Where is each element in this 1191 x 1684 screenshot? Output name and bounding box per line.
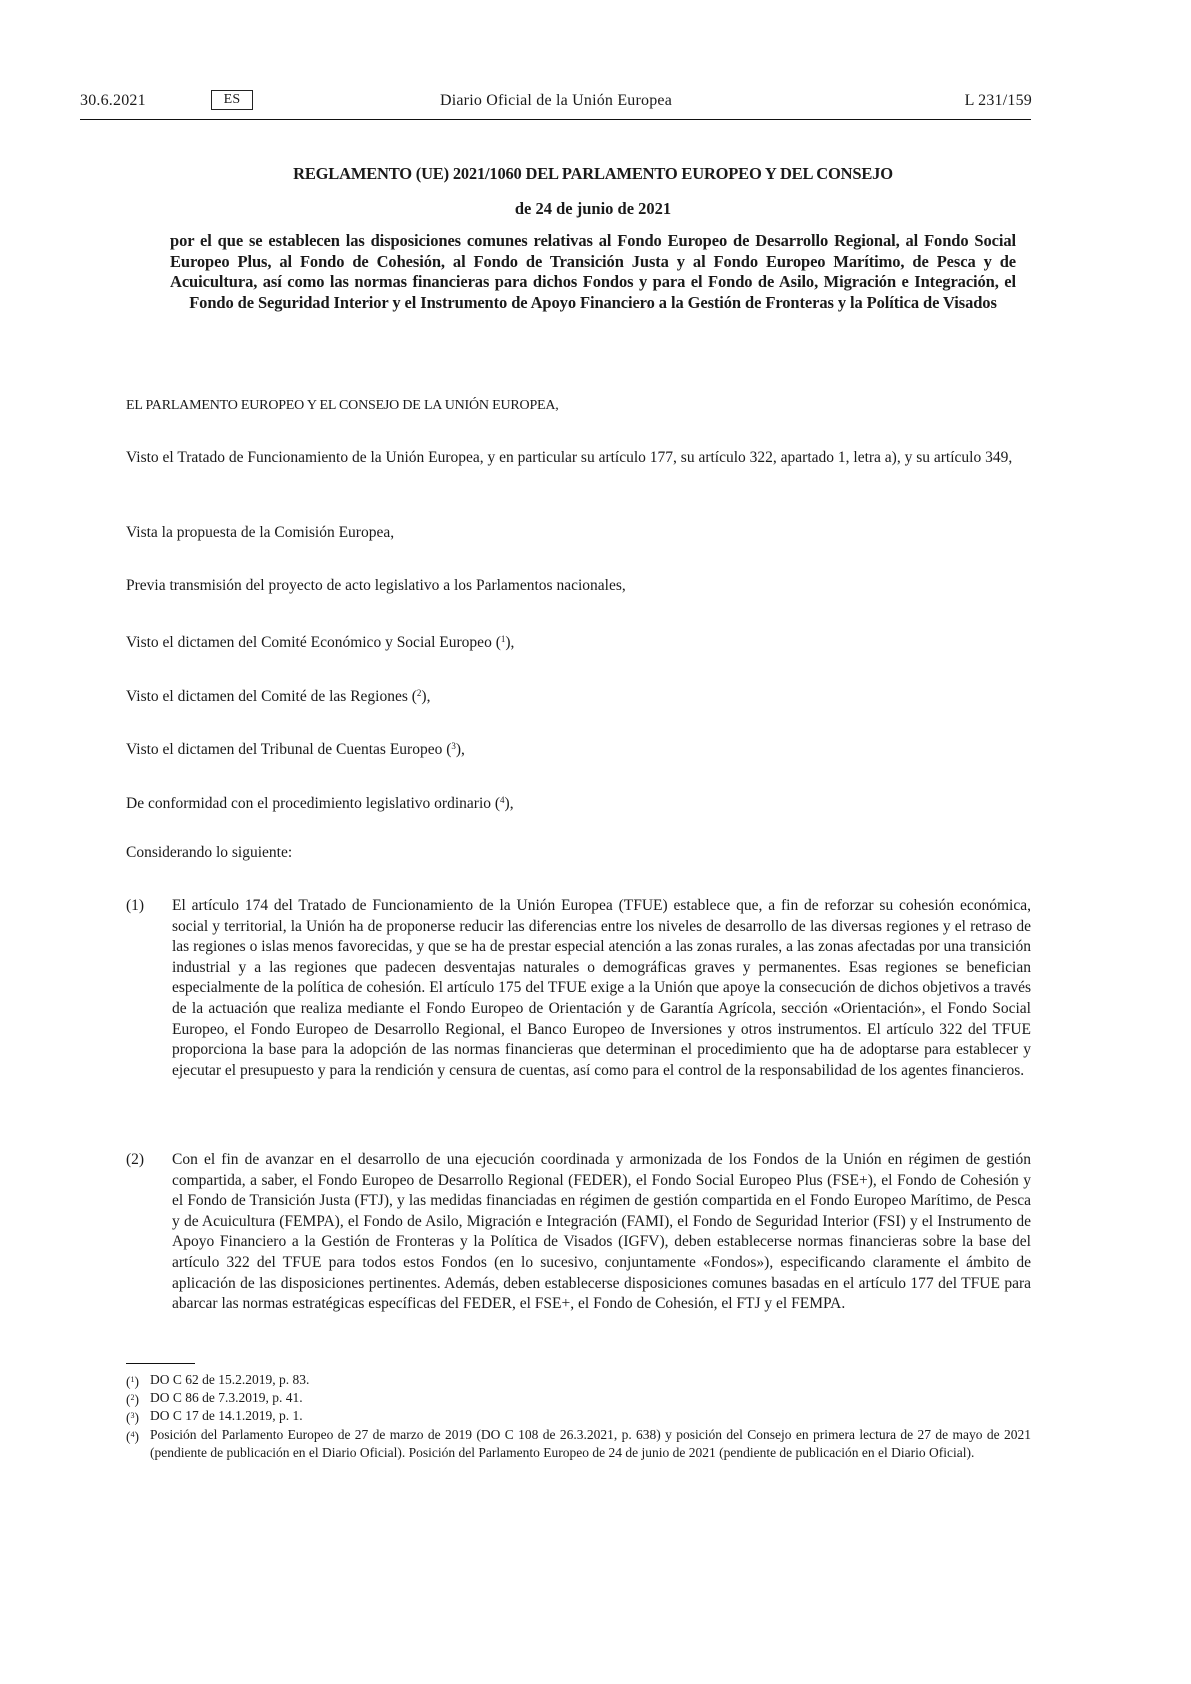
recital-number: (1) [126,896,144,917]
enacting-authors: EL PARLAMENTO EUROPEO Y EL CONSEJO DE LA… [126,396,1031,417]
citation-punct: ), [505,634,514,651]
footnote-text: DO C 86 de 7.3.2019, p. 41. [150,1389,1031,1407]
footnote-text: DO C 62 de 15.2.2019, p. 83. [150,1371,1031,1389]
citation-cor-opinion: Visto el dictamen del Comité de las Regi… [126,683,1031,708]
citation-text: Visto el dictamen del Comité Económico y… [126,634,501,651]
regulation-date: de 24 de junio de 2021 [170,199,1016,219]
regulation-title: REGLAMENTO (UE) 2021/1060 DEL PARLAMENTO… [170,164,1016,184]
footnote-4: (4) Posición del Parlamento Europeo de 2… [126,1426,1031,1462]
footnote-2: (2) DO C 86 de 7.3.2019, p. 41. [126,1389,1031,1407]
footnote-3: (3) DO C 17 de 14.1.2019, p. 1. [126,1407,1031,1425]
citation-punct: ), [505,795,514,812]
page-reference: L 231/159 [965,92,1032,110]
regulation-title-block: REGLAMENTO (UE) 2021/1060 DEL PARLAMENTO… [170,164,1016,313]
citation-punct: ), [456,741,465,758]
citation-treaty: Visto el Tratado de Funcionamiento de la… [126,448,1031,469]
regulation-subject: por el que se establecen las disposicion… [170,231,1016,313]
footnote-1: (1) DO C 62 de 15.2.2019, p. 83. [126,1371,1031,1389]
footnote-text: DO C 17 de 14.1.2019, p. 1. [150,1407,1031,1425]
recital-number: (2) [126,1150,144,1171]
footnote-divider [126,1363,195,1364]
recital-text: Con el fin de avanzar en el desarrollo d… [172,1150,1031,1315]
citation-national-parliaments: Previa transmisión del proyecto de acto … [126,576,1031,597]
citation-text: De conformidad con el procedimiento legi… [126,795,500,812]
journal-title: Diario Oficial de la Unión Europea [80,92,1032,110]
page-header: 30.6.2021 ES Diario Oficial de la Unión … [80,92,1032,116]
footnote-marker: (1) [126,1371,139,1391]
citation-proposal: Vista la propuesta de la Comisión Europe… [126,523,1031,544]
footnotes: (1) DO C 62 de 15.2.2019, p. 83. (2) DO … [126,1371,1031,1462]
footnote-text: Posición del Parlamento Europeo de 27 de… [150,1426,1031,1462]
citation-legislative-procedure: De conformidad con el procedimiento legi… [126,790,1031,815]
footnote-marker: (3) [126,1407,139,1427]
header-divider [80,119,1031,120]
citation-eesc-opinion: Visto el dictamen del Comité Económico y… [126,629,1031,654]
recital-text: El artículo 174 del Tratado de Funcionam… [172,896,1031,1081]
whereas-intro: Considerando lo siguiente: [126,843,1031,864]
citation-court-of-auditors: Visto el dictamen del Tribunal de Cuenta… [126,736,1031,761]
citation-text: Visto el dictamen del Tribunal de Cuenta… [126,741,451,758]
recital-1: (1) El artículo 174 del Tratado de Funci… [126,896,1031,1081]
footnote-marker: (4) [126,1426,139,1446]
recital-2: (2) Con el fin de avanzar en el desarrol… [126,1150,1031,1315]
citation-punct: ), [421,688,430,705]
citation-text: Visto el dictamen del Comité de las Regi… [126,688,417,705]
footnote-marker: (2) [126,1389,139,1409]
